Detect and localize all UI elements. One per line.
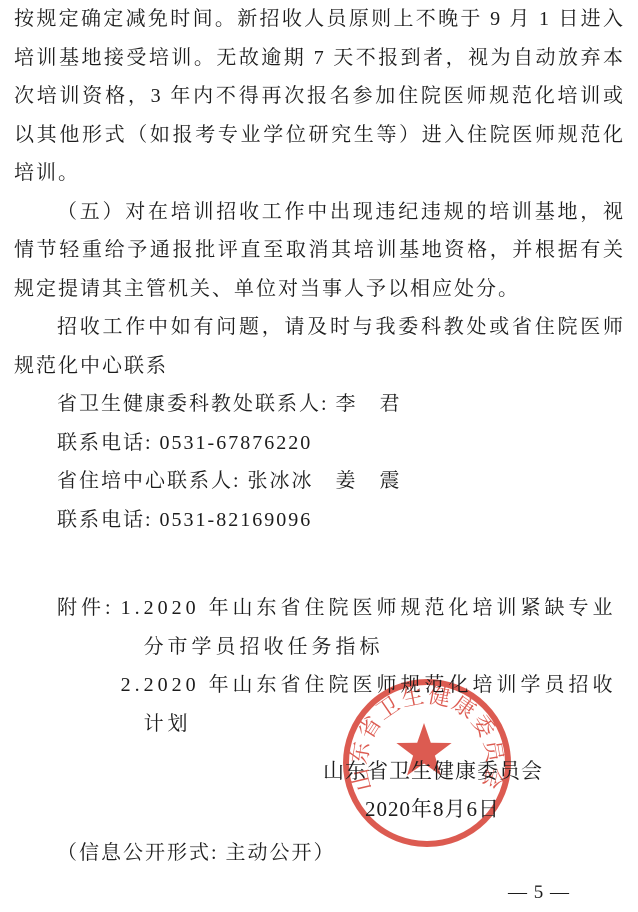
contact-phone-line-1: 联系电话: 0531-67876220 — [14, 424, 625, 463]
attachment-item-2: 2. 2020 年山东省住院医师规范化培训学员招收计划 — [121, 666, 624, 743]
attachments-block: 附件: 1. 2020 年山东省住院医师规范化培训紧缺专业分市学员招收任务指标 … — [14, 589, 625, 743]
attachments-list: 1. 2020 年山东省住院医师规范化培训紧缺专业分市学员招收任务指标 2. 2… — [121, 589, 624, 743]
attachment-number-2: 2. — [121, 666, 144, 743]
attachment-title-2: 2020 年山东省住院医师规范化培训学员招收计划 — [144, 666, 624, 743]
document-page: 山东省卫生健康委员会 按规定确定减免时间。新招收人员原则上不晚于 9 月 1 日… — [0, 0, 638, 912]
contact-person-line-2: 省住培中心联系人: 张冰冰 姜 震 — [14, 462, 625, 501]
signature-date: 2020年8月6日 — [365, 793, 500, 823]
contact-phone-line-2: 联系电话: 0531-82169096 — [14, 501, 625, 540]
contact-person-line-1: 省卫生健康委科教处联系人: 李 君 — [14, 385, 625, 424]
signature-organization: 山东省卫生健康委员会 — [323, 755, 543, 785]
body-paragraph-3: 招收工作中如有问题，请及时与我委科教处或省住院医师规范化中心联系 — [14, 308, 625, 385]
attachment-item-1: 1. 2020 年山东省住院医师规范化培训紧缺专业分市学员招收任务指标 — [121, 589, 624, 666]
attachments-label: 附件: — [14, 589, 115, 743]
body-paragraph-2: （五）对在培训招收工作中出现违纪违规的培训基地，视情节轻重给予通报批评直至取消其… — [14, 193, 625, 309]
disclosure-note: （信息公开形式: 主动公开） — [57, 836, 336, 865]
page-number: — 5 — — [508, 882, 570, 904]
document-body: 按规定确定减免时间。新招收人员原则上不晚于 9 月 1 日进入培训基地接受培训。… — [14, 0, 625, 743]
attachment-title-1: 2020 年山东省住院医师规范化培训紧缺专业分市学员招收任务指标 — [144, 589, 624, 666]
body-paragraph-1: 按规定确定减免时间。新招收人员原则上不晚于 9 月 1 日进入培训基地接受培训。… — [14, 0, 625, 193]
attachment-number-1: 1. — [121, 589, 144, 666]
